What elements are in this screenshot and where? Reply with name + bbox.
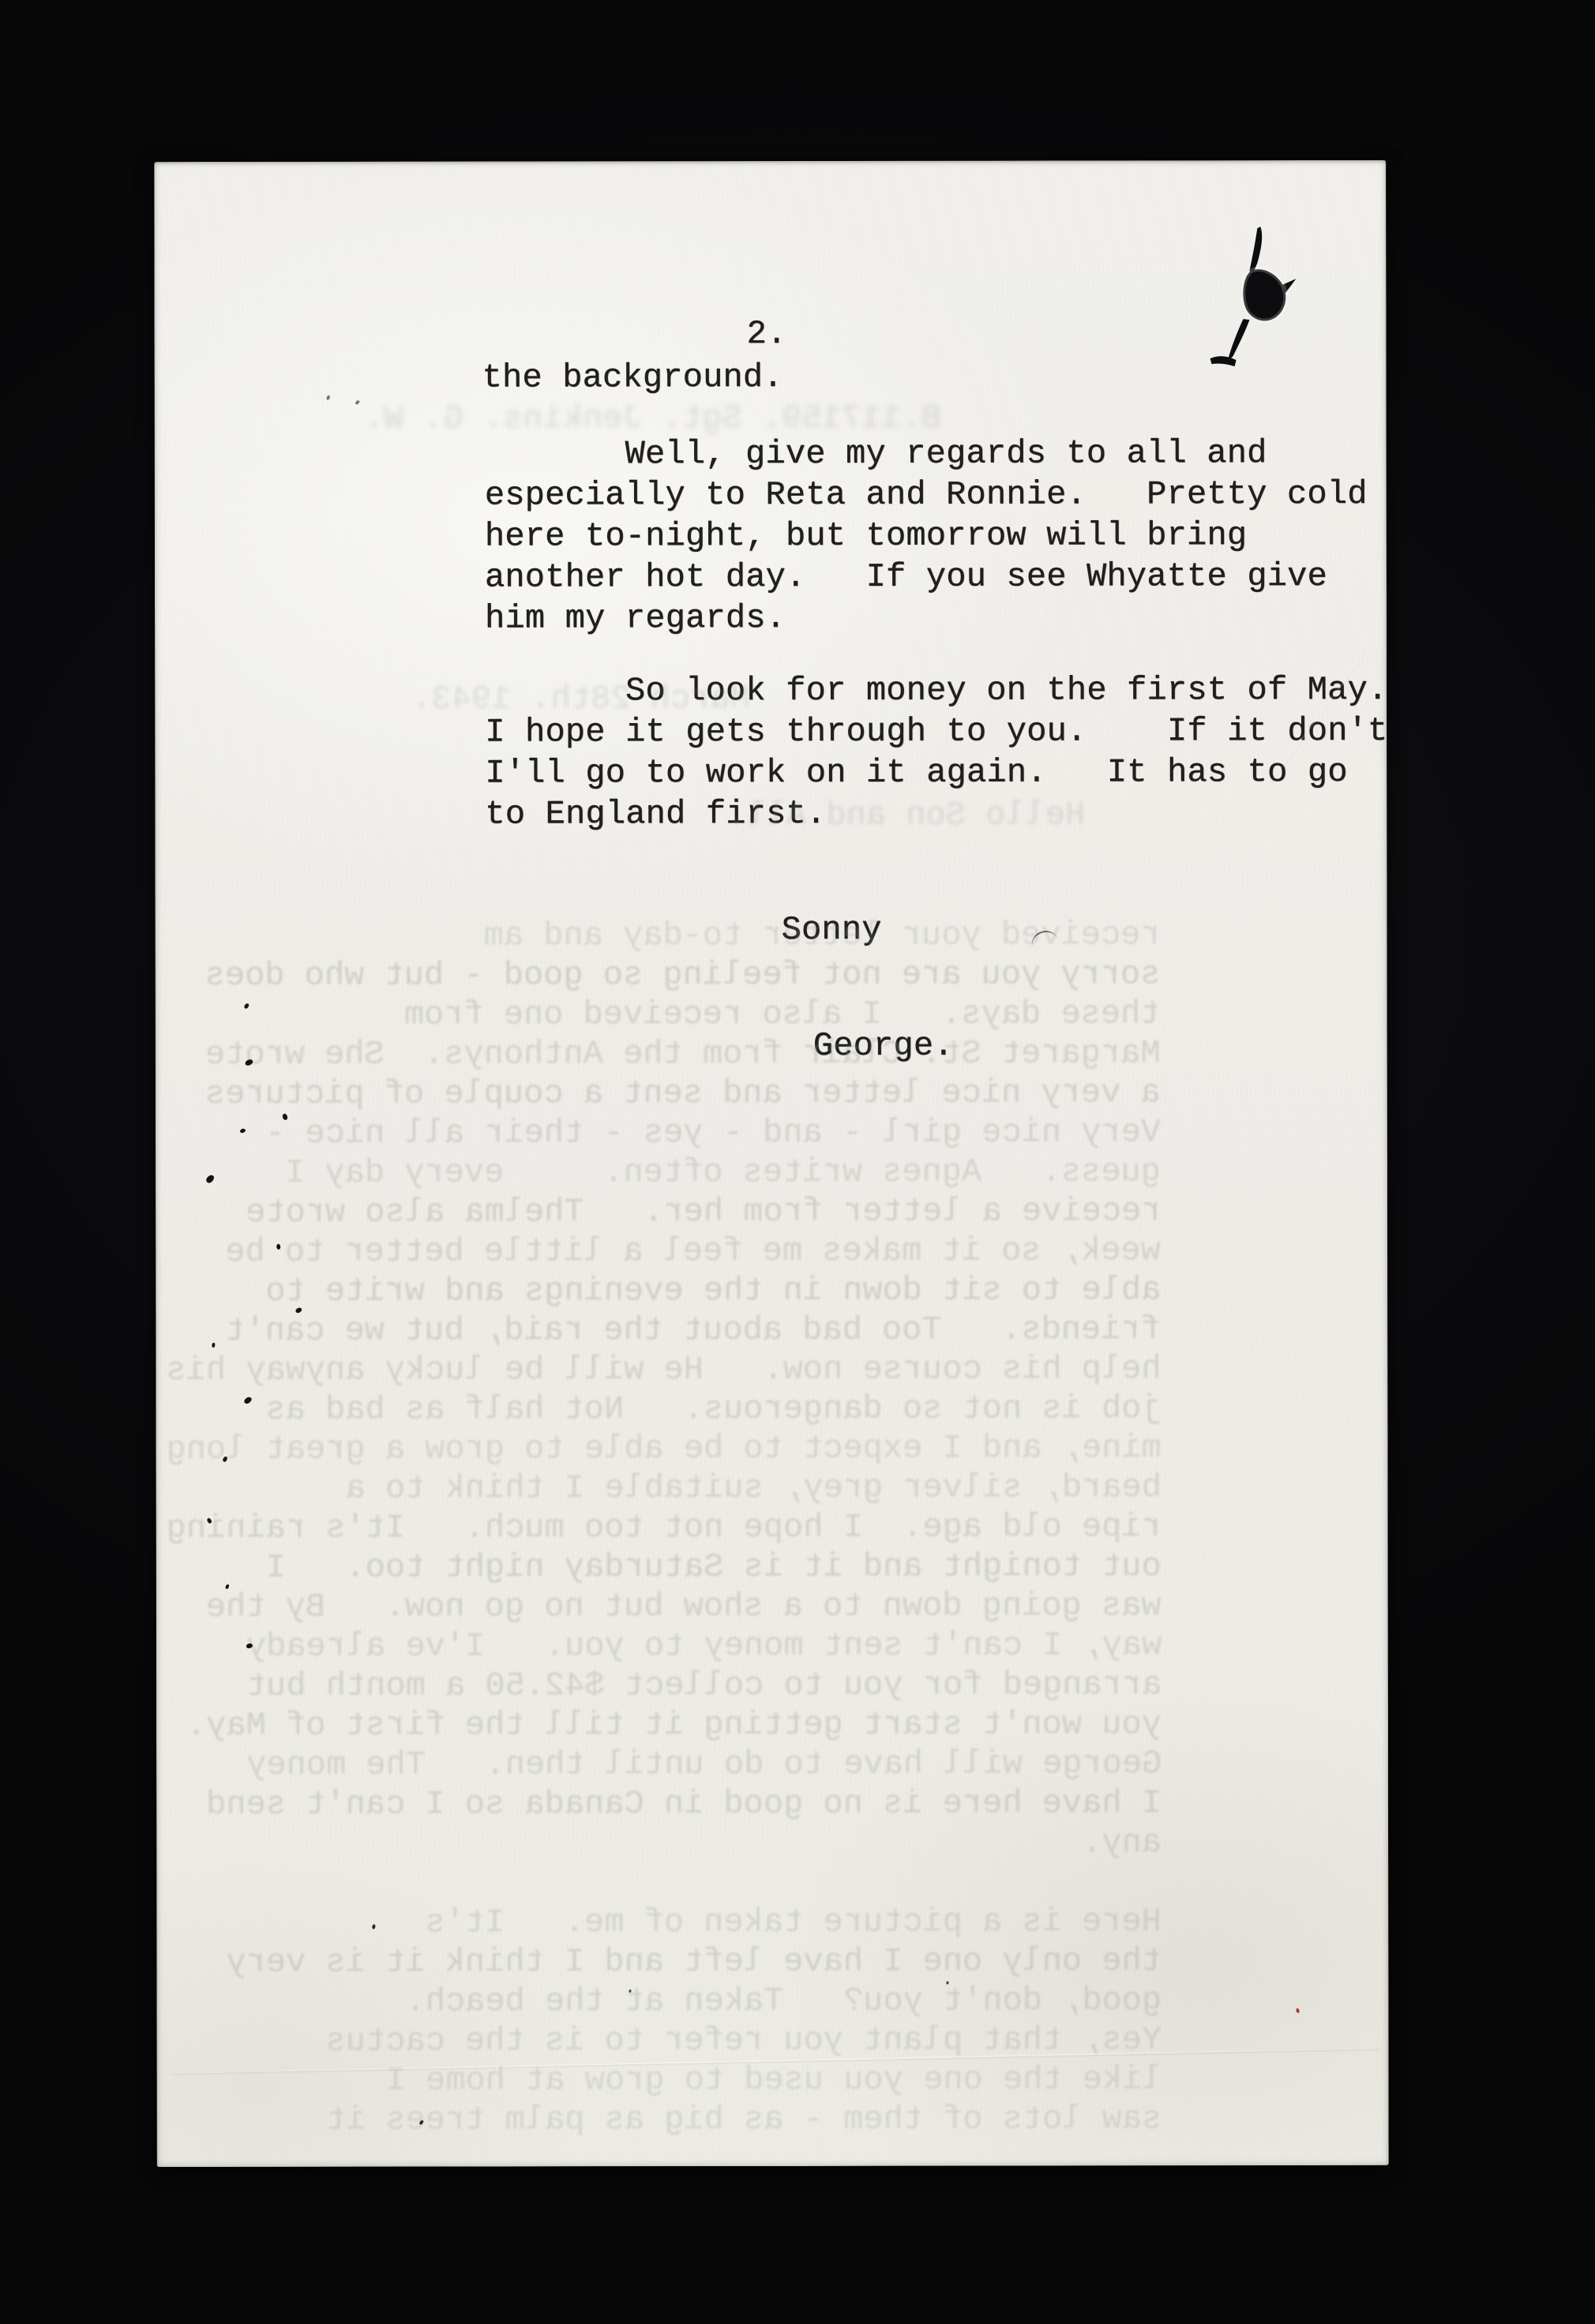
ink-speck [629,1989,631,1992]
scan-background: 2. the background. Well, give my regards… [0,0,1595,2324]
artifact-layer [154,160,1386,162]
paper-tear-hole [154,160,1389,2167]
letter-paper: 2. the background. Well, give my regards… [154,160,1389,2167]
ink-speck [946,1981,948,1985]
